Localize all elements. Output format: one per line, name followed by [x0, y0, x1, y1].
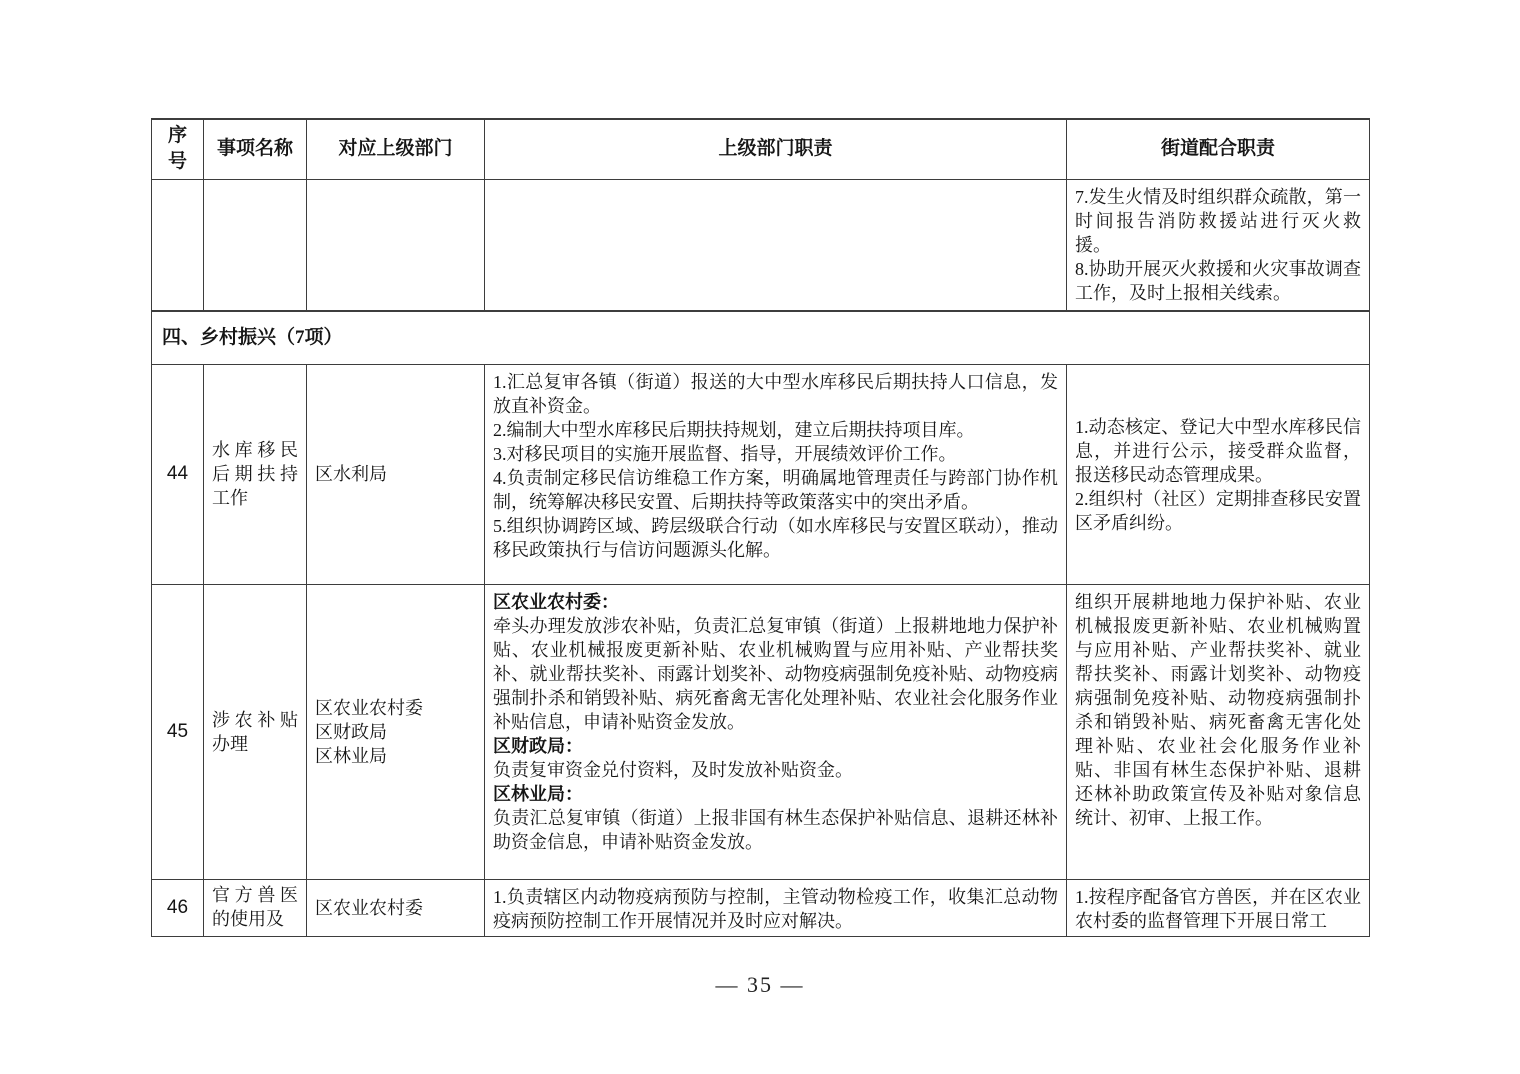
cell-item-name: 官方兽医的使用及: [204, 879, 307, 936]
col-header-no: 序号: [152, 119, 204, 179]
cell-superior-duties: 1.负责辖区内动物疫病预防与控制，主管动物检疫工作，收集汇总动物疫病预防控制工作…: [485, 879, 1067, 936]
section-row: 四、乡村振兴（7项）: [152, 311, 1370, 364]
cell-no: 44: [152, 364, 204, 584]
table-header-row: 序号 事项名称 对应上级部门 上级部门职责 街道配合职责: [152, 119, 1370, 179]
cell-item-name: 水库移民后期扶持工作: [204, 364, 307, 584]
continuation-row: 7.发生火情及时组织群众疏散，第一时间报告消防救援站进行灭火救援。8.协助开展灭…: [152, 179, 1370, 311]
cell-dept: 区水利局: [307, 364, 485, 584]
cell-street-duties: 组织开展耕地地力保护补贴、农业机械报废更新补贴、农业机械购置与应用补贴、产业帮扶…: [1067, 584, 1370, 879]
table-row: 44 水库移民后期扶持工作 区水利局 1.汇总复审各镇（街道）报送的大中型水库移…: [152, 364, 1370, 584]
cell-street-duties-continuation: 7.发生火情及时组织群众疏散，第一时间报告消防救援站进行灭火救援。8.协助开展灭…: [1067, 179, 1370, 311]
cell-dept-empty: [307, 179, 485, 311]
cell-dept: 区农业农村委: [307, 879, 485, 936]
cell-superior-duties: 区农业农村委：牵头办理发放涉农补贴，负责汇总复审镇（街道）上报耕地地力保护补贴、…: [485, 584, 1067, 879]
cell-no: 46: [152, 879, 204, 936]
col-header-street-duties: 街道配合职责: [1067, 119, 1370, 179]
col-header-item-name: 事项名称: [204, 119, 307, 179]
cell-no: 45: [152, 584, 204, 879]
cell-street-duties: 1.动态核定、登记大中型水库移民信息，并进行公示，接受群众监督，报送移民动态管理…: [1067, 364, 1370, 584]
section-title: 四、乡村振兴（7项）: [152, 311, 1370, 364]
cell-item-name-empty: [204, 179, 307, 311]
cell-no-empty: [152, 179, 204, 311]
cell-item-name: 涉农补贴办理: [204, 584, 307, 879]
table-row: 46 官方兽医的使用及 区农业农村委 1.负责辖区内动物疫病预防与控制，主管动物…: [152, 879, 1370, 936]
document-page: 序号 事项名称 对应上级部门 上级部门职责 街道配合职责 7.发生火情及时组织群…: [0, 0, 1520, 1074]
page-number: — 35 —: [0, 972, 1520, 998]
table-row: 45 涉农补贴办理 区农业农村委区财政局区林业局 区农业农村委：牵头办理发放涉农…: [152, 584, 1370, 879]
cell-street-duties: 1.按程序配备官方兽医，并在区农业农村委的监督管理下开展日常工: [1067, 879, 1370, 936]
col-header-dept: 对应上级部门: [307, 119, 485, 179]
col-header-superior-duties: 上级部门职责: [485, 119, 1067, 179]
cell-superior-duties-empty: [485, 179, 1067, 311]
cell-dept: 区农业农村委区财政局区林业局: [307, 584, 485, 879]
cell-superior-duties: 1.汇总复审各镇（街道）报送的大中型水库移民后期扶持人口信息，发放直补资金。2.…: [485, 364, 1067, 584]
responsibility-table: 序号 事项名称 对应上级部门 上级部门职责 街道配合职责 7.发生火情及时组织群…: [151, 118, 1370, 937]
